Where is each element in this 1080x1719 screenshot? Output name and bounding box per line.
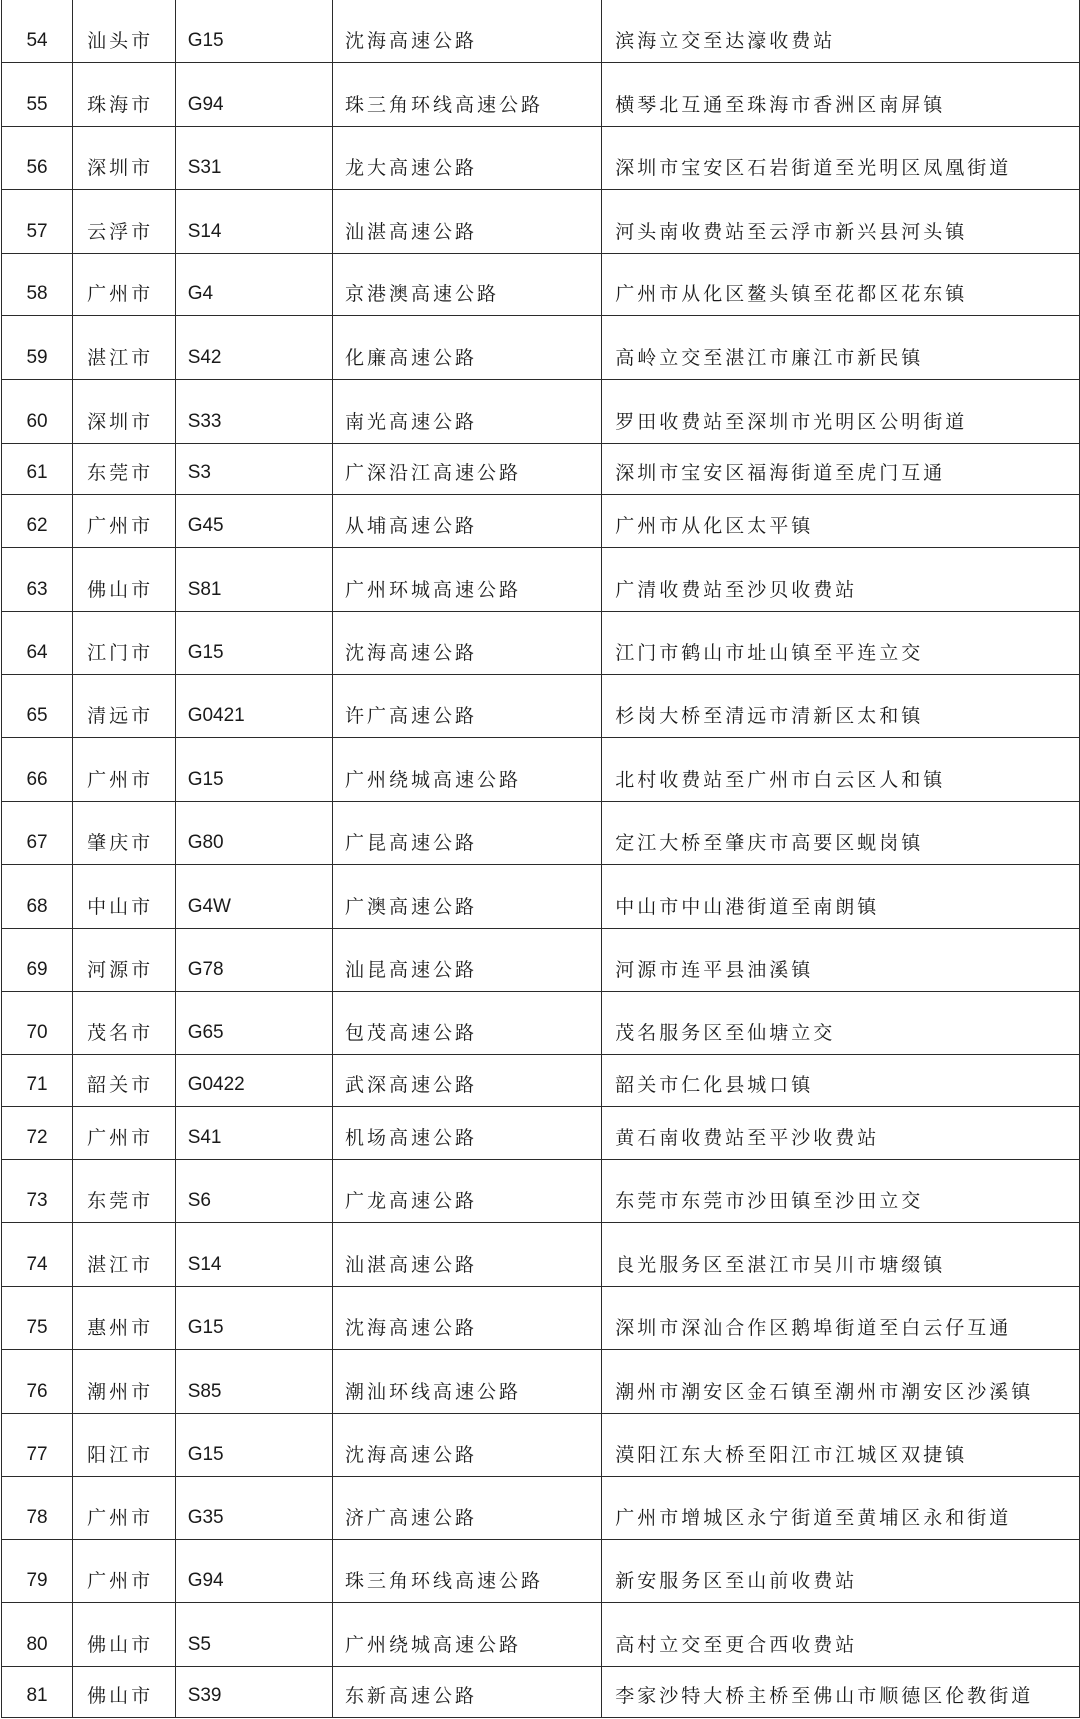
route-code-cell: S85 bbox=[175, 1350, 332, 1414]
table-row: 72 广州市 S41 机场高速公路 黄石南收费站至平沙收费站 bbox=[2, 1107, 1080, 1160]
city-cell: 广州市 bbox=[73, 738, 176, 802]
section-cell: 定江大桥至肇庆市高要区蚬岗镇 bbox=[602, 802, 1080, 865]
table-row: 65 清远市 G0421 许广高速公路 杉岗大桥至清远市清新区太和镇 bbox=[2, 675, 1080, 738]
city-cell: 潮州市 bbox=[73, 1350, 176, 1414]
row-number: 64 bbox=[2, 612, 73, 675]
route-code-cell: S81 bbox=[175, 548, 332, 612]
table-row: 66 广州市 G15 广州绕城高速公路 北村收费站至广州市白云区人和镇 bbox=[2, 738, 1080, 802]
row-number: 66 bbox=[2, 738, 73, 802]
route-code-cell: G78 bbox=[175, 929, 332, 992]
route-code-cell: S6 bbox=[175, 1160, 332, 1223]
table-body: 54 汕头市 G15 沈海高速公路 滨海立交至达濠收费站 55 珠海市 G94 … bbox=[2, 0, 1080, 1718]
table-row: 71 韶关市 G0422 武深高速公路 韶关市仁化县城口镇 bbox=[2, 1055, 1080, 1107]
road-name-cell: 广州绕城高速公路 bbox=[333, 1603, 602, 1667]
section-cell: 河头南收费站至云浮市新兴县河头镇 bbox=[602, 190, 1080, 254]
section-cell: 漠阳江东大桥至阳江市江城区双捷镇 bbox=[602, 1414, 1080, 1477]
route-code-cell: G45 bbox=[175, 495, 332, 548]
route-code-cell: G80 bbox=[175, 802, 332, 865]
section-cell: 广州市从化区太平镇 bbox=[602, 495, 1080, 548]
table-row: 57 云浮市 S14 汕湛高速公路 河头南收费站至云浮市新兴县河头镇 bbox=[2, 190, 1080, 254]
table-row: 64 江门市 G15 沈海高速公路 江门市鹤山市址山镇至平连立交 bbox=[2, 612, 1080, 675]
road-name-cell: 广澳高速公路 bbox=[333, 865, 602, 929]
city-cell: 东莞市 bbox=[73, 1160, 176, 1223]
section-cell: 深圳市宝安区福海街道至虎门互通 bbox=[602, 444, 1080, 495]
road-name-cell: 化廉高速公路 bbox=[333, 316, 602, 380]
row-number: 80 bbox=[2, 1603, 73, 1667]
row-number: 62 bbox=[2, 495, 73, 548]
table-row: 54 汕头市 G15 沈海高速公路 滨海立交至达濠收费站 bbox=[2, 0, 1080, 63]
road-name-cell: 广州环城高速公路 bbox=[333, 548, 602, 612]
section-cell: 中山市中山港街道至南朗镇 bbox=[602, 865, 1080, 929]
table-row: 77 阳江市 G15 沈海高速公路 漠阳江东大桥至阳江市江城区双捷镇 bbox=[2, 1414, 1080, 1477]
route-code-cell: G15 bbox=[175, 738, 332, 802]
city-cell: 佛山市 bbox=[73, 548, 176, 612]
section-cell: 黄石南收费站至平沙收费站 bbox=[602, 1107, 1080, 1160]
highway-section-table: 54 汕头市 G15 沈海高速公路 滨海立交至达濠收费站 55 珠海市 G94 … bbox=[1, 0, 1080, 1718]
city-cell: 东莞市 bbox=[73, 444, 176, 495]
route-code-cell: G35 bbox=[175, 1477, 332, 1540]
table-row: 58 广州市 G4 京港澳高速公路 广州市从化区鳌头镇至花都区花东镇 bbox=[2, 254, 1080, 316]
route-code-cell: S31 bbox=[175, 127, 332, 190]
city-cell: 深圳市 bbox=[73, 127, 176, 190]
route-code-cell: S3 bbox=[175, 444, 332, 495]
city-cell: 佛山市 bbox=[73, 1667, 176, 1718]
city-cell: 云浮市 bbox=[73, 190, 176, 254]
city-cell: 汕头市 bbox=[73, 0, 176, 63]
row-number: 65 bbox=[2, 675, 73, 738]
table-row: 67 肇庆市 G80 广昆高速公路 定江大桥至肇庆市高要区蚬岗镇 bbox=[2, 802, 1080, 865]
table-row: 81 佛山市 S39 东新高速公路 李家沙特大桥主桥至佛山市顺德区伦教街道 bbox=[2, 1667, 1080, 1718]
section-cell: 滨海立交至达濠收费站 bbox=[602, 0, 1080, 63]
section-cell: 北村收费站至广州市白云区人和镇 bbox=[602, 738, 1080, 802]
section-cell: 广州市增城区永宁街道至黄埔区永和街道 bbox=[602, 1477, 1080, 1540]
route-code-cell: G15 bbox=[175, 612, 332, 675]
table-row: 61 东莞市 S3 广深沿江高速公路 深圳市宝安区福海街道至虎门互通 bbox=[2, 444, 1080, 495]
city-cell: 广州市 bbox=[73, 495, 176, 548]
table-row: 73 东莞市 S6 广龙高速公路 东莞市东莞市沙田镇至沙田立交 bbox=[2, 1160, 1080, 1223]
section-cell: 良光服务区至湛江市吴川市塘缀镇 bbox=[602, 1223, 1080, 1287]
section-cell: 高岭立交至湛江市廉江市新民镇 bbox=[602, 316, 1080, 380]
table-row: 60 深圳市 S33 南光高速公路 罗田收费站至深圳市光明区公明街道 bbox=[2, 380, 1080, 444]
city-cell: 珠海市 bbox=[73, 63, 176, 127]
city-cell: 广州市 bbox=[73, 1107, 176, 1160]
section-cell: 李家沙特大桥主桥至佛山市顺德区伦教街道 bbox=[602, 1667, 1080, 1718]
route-code-cell: G0422 bbox=[175, 1055, 332, 1107]
table-row: 79 广州市 G94 珠三角环线高速公路 新安服务区至山前收费站 bbox=[2, 1540, 1080, 1603]
road-name-cell: 沈海高速公路 bbox=[333, 1414, 602, 1477]
route-code-cell: G4 bbox=[175, 254, 332, 316]
road-name-cell: 珠三角环线高速公路 bbox=[333, 63, 602, 127]
section-cell: 广清收费站至沙贝收费站 bbox=[602, 548, 1080, 612]
city-cell: 茂名市 bbox=[73, 992, 176, 1055]
row-number: 58 bbox=[2, 254, 73, 316]
section-cell: 深圳市深汕合作区鹅埠街道至白云仔互通 bbox=[602, 1287, 1080, 1350]
section-cell: 高村立交至更合西收费站 bbox=[602, 1603, 1080, 1667]
table-row: 70 茂名市 G65 包茂高速公路 茂名服务区至仙塘立交 bbox=[2, 992, 1080, 1055]
road-name-cell: 广州绕城高速公路 bbox=[333, 738, 602, 802]
section-cell: 河源市连平县油溪镇 bbox=[602, 929, 1080, 992]
section-cell: 罗田收费站至深圳市光明区公明街道 bbox=[602, 380, 1080, 444]
route-code-cell: S41 bbox=[175, 1107, 332, 1160]
table-row: 69 河源市 G78 汕昆高速公路 河源市连平县油溪镇 bbox=[2, 929, 1080, 992]
city-cell: 佛山市 bbox=[73, 1603, 176, 1667]
city-cell: 惠州市 bbox=[73, 1287, 176, 1350]
section-cell: 韶关市仁化县城口镇 bbox=[602, 1055, 1080, 1107]
row-number: 56 bbox=[2, 127, 73, 190]
road-name-cell: 广昆高速公路 bbox=[333, 802, 602, 865]
city-cell: 湛江市 bbox=[73, 1223, 176, 1287]
road-name-cell: 南光高速公路 bbox=[333, 380, 602, 444]
road-name-cell: 汕湛高速公路 bbox=[333, 190, 602, 254]
row-number: 61 bbox=[2, 444, 73, 495]
route-code-cell: S14 bbox=[175, 1223, 332, 1287]
city-cell: 清远市 bbox=[73, 675, 176, 738]
route-code-cell: G15 bbox=[175, 1414, 332, 1477]
row-number: 63 bbox=[2, 548, 73, 612]
road-name-cell: 龙大高速公路 bbox=[333, 127, 602, 190]
road-name-cell: 包茂高速公路 bbox=[333, 992, 602, 1055]
route-code-cell: S39 bbox=[175, 1667, 332, 1718]
city-cell: 广州市 bbox=[73, 1540, 176, 1603]
section-cell: 新安服务区至山前收费站 bbox=[602, 1540, 1080, 1603]
table-row: 75 惠州市 G15 沈海高速公路 深圳市深汕合作区鹅埠街道至白云仔互通 bbox=[2, 1287, 1080, 1350]
city-cell: 韶关市 bbox=[73, 1055, 176, 1107]
row-number: 59 bbox=[2, 316, 73, 380]
row-number: 68 bbox=[2, 865, 73, 929]
route-code-cell: S5 bbox=[175, 1603, 332, 1667]
route-code-cell: G4W bbox=[175, 865, 332, 929]
road-name-cell: 从埔高速公路 bbox=[333, 495, 602, 548]
section-cell: 茂名服务区至仙塘立交 bbox=[602, 992, 1080, 1055]
section-cell: 广州市从化区鳌头镇至花都区花东镇 bbox=[602, 254, 1080, 316]
road-name-cell: 沈海高速公路 bbox=[333, 0, 602, 63]
row-number: 67 bbox=[2, 802, 73, 865]
route-code-cell: S42 bbox=[175, 316, 332, 380]
row-number: 81 bbox=[2, 1667, 73, 1718]
road-name-cell: 机场高速公路 bbox=[333, 1107, 602, 1160]
row-number: 73 bbox=[2, 1160, 73, 1223]
section-cell: 深圳市宝安区石岩街道至光明区凤凰街道 bbox=[602, 127, 1080, 190]
row-number: 78 bbox=[2, 1477, 73, 1540]
road-name-cell: 汕湛高速公路 bbox=[333, 1223, 602, 1287]
route-code-cell: S33 bbox=[175, 380, 332, 444]
row-number: 69 bbox=[2, 929, 73, 992]
table-row: 55 珠海市 G94 珠三角环线高速公路 横琴北互通至珠海市香洲区南屏镇 bbox=[2, 63, 1080, 127]
road-name-cell: 许广高速公路 bbox=[333, 675, 602, 738]
route-code-cell: S14 bbox=[175, 190, 332, 254]
city-cell: 肇庆市 bbox=[73, 802, 176, 865]
route-code-cell: G0421 bbox=[175, 675, 332, 738]
city-cell: 湛江市 bbox=[73, 316, 176, 380]
road-name-cell: 珠三角环线高速公路 bbox=[333, 1540, 602, 1603]
city-cell: 中山市 bbox=[73, 865, 176, 929]
route-code-cell: G15 bbox=[175, 0, 332, 63]
road-name-cell: 沈海高速公路 bbox=[333, 1287, 602, 1350]
row-number: 71 bbox=[2, 1055, 73, 1107]
city-cell: 阳江市 bbox=[73, 1414, 176, 1477]
table-row: 59 湛江市 S42 化廉高速公路 高岭立交至湛江市廉江市新民镇 bbox=[2, 316, 1080, 380]
section-cell: 东莞市东莞市沙田镇至沙田立交 bbox=[602, 1160, 1080, 1223]
table-row: 80 佛山市 S5 广州绕城高速公路 高村立交至更合西收费站 bbox=[2, 1603, 1080, 1667]
road-name-cell: 潮汕环线高速公路 bbox=[333, 1350, 602, 1414]
road-name-cell: 东新高速公路 bbox=[333, 1667, 602, 1718]
route-code-cell: G94 bbox=[175, 1540, 332, 1603]
row-number: 77 bbox=[2, 1414, 73, 1477]
table-row: 74 湛江市 S14 汕湛高速公路 良光服务区至湛江市吴川市塘缀镇 bbox=[2, 1223, 1080, 1287]
section-cell: 横琴北互通至珠海市香洲区南屏镇 bbox=[602, 63, 1080, 127]
route-code-cell: G94 bbox=[175, 63, 332, 127]
row-number: 74 bbox=[2, 1223, 73, 1287]
city-cell: 广州市 bbox=[73, 254, 176, 316]
road-name-cell: 京港澳高速公路 bbox=[333, 254, 602, 316]
table-row: 62 广州市 G45 从埔高速公路 广州市从化区太平镇 bbox=[2, 495, 1080, 548]
section-cell: 潮州市潮安区金石镇至潮州市潮安区沙溪镇 bbox=[602, 1350, 1080, 1414]
row-number: 54 bbox=[2, 0, 73, 63]
row-number: 60 bbox=[2, 380, 73, 444]
route-code-cell: G65 bbox=[175, 992, 332, 1055]
road-name-cell: 济广高速公路 bbox=[333, 1477, 602, 1540]
row-number: 79 bbox=[2, 1540, 73, 1603]
table-row: 63 佛山市 S81 广州环城高速公路 广清收费站至沙贝收费站 bbox=[2, 548, 1080, 612]
table-row: 76 潮州市 S85 潮汕环线高速公路 潮州市潮安区金石镇至潮州市潮安区沙溪镇 bbox=[2, 1350, 1080, 1414]
road-name-cell: 汕昆高速公路 bbox=[333, 929, 602, 992]
table-row: 56 深圳市 S31 龙大高速公路 深圳市宝安区石岩街道至光明区凤凰街道 bbox=[2, 127, 1080, 190]
road-name-cell: 广龙高速公路 bbox=[333, 1160, 602, 1223]
road-name-cell: 武深高速公路 bbox=[333, 1055, 602, 1107]
road-name-cell: 沈海高速公路 bbox=[333, 612, 602, 675]
row-number: 55 bbox=[2, 63, 73, 127]
city-cell: 深圳市 bbox=[73, 380, 176, 444]
city-cell: 江门市 bbox=[73, 612, 176, 675]
table-row: 78 广州市 G35 济广高速公路 广州市增城区永宁街道至黄埔区永和街道 bbox=[2, 1477, 1080, 1540]
row-number: 76 bbox=[2, 1350, 73, 1414]
row-number: 75 bbox=[2, 1287, 73, 1350]
city-cell: 河源市 bbox=[73, 929, 176, 992]
table-row: 68 中山市 G4W 广澳高速公路 中山市中山港街道至南朗镇 bbox=[2, 865, 1080, 929]
row-number: 70 bbox=[2, 992, 73, 1055]
road-name-cell: 广深沿江高速公路 bbox=[333, 444, 602, 495]
row-number: 57 bbox=[2, 190, 73, 254]
row-number: 72 bbox=[2, 1107, 73, 1160]
section-cell: 杉岗大桥至清远市清新区太和镇 bbox=[602, 675, 1080, 738]
route-code-cell: G15 bbox=[175, 1287, 332, 1350]
city-cell: 广州市 bbox=[73, 1477, 176, 1540]
section-cell: 江门市鹤山市址山镇至平连立交 bbox=[602, 612, 1080, 675]
